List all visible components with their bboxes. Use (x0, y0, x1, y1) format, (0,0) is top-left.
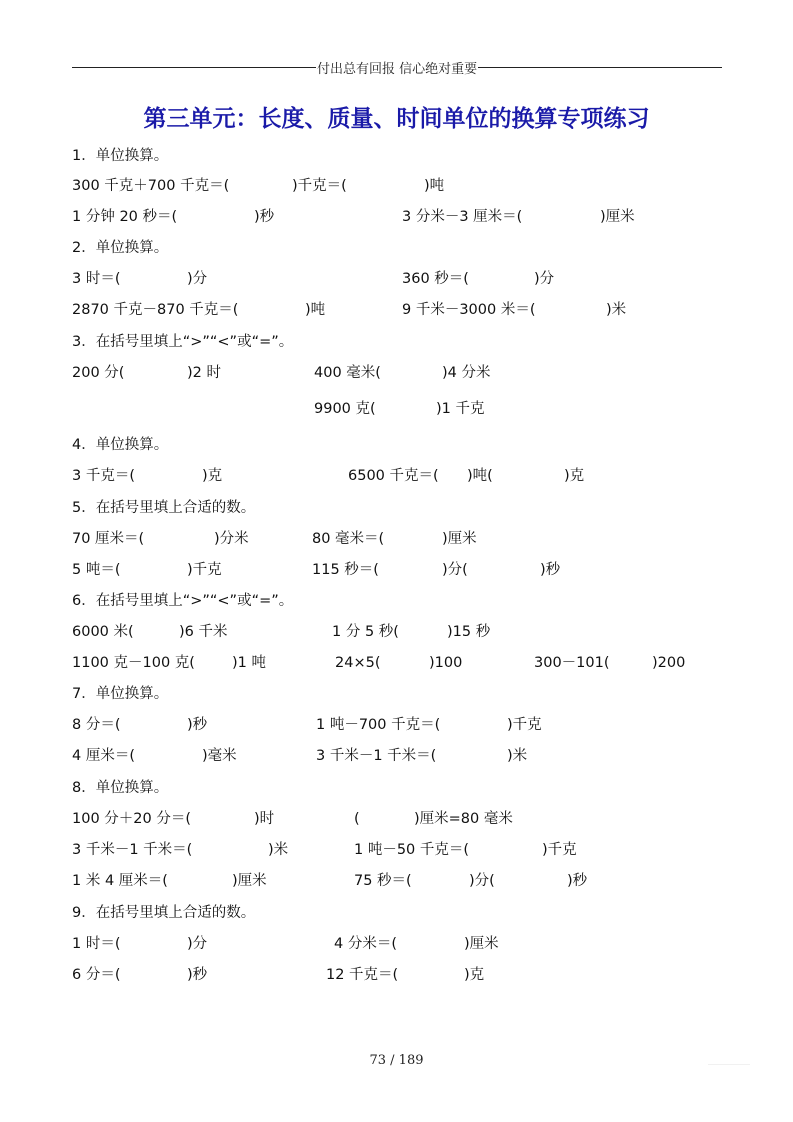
expression: 200 分( (72, 363, 124, 383)
expression: 5 吨＝( (72, 560, 121, 580)
expression: )千克 (507, 715, 542, 735)
question-1-heading: 1．单位换算。 (72, 146, 168, 166)
expression: )秒 (540, 560, 560, 580)
expression: )秒 (187, 965, 207, 985)
expression: )15 秒 (447, 622, 490, 642)
question-2-heading: 2．单位换算。 (72, 238, 168, 258)
expression: )4 分米 (442, 363, 491, 383)
expression: 3 千米－1 千米＝( (72, 840, 192, 860)
expression: 360 秒＝( (402, 269, 469, 289)
expression: 300－101( (534, 653, 610, 673)
question-9-heading: 9．在括号里填上合适的数。 (72, 903, 255, 923)
expression: 300 千克＋700 千克＝( (72, 176, 229, 196)
page-indicator: 73 / 189 (0, 1053, 793, 1068)
expression: )秒 (254, 207, 274, 227)
expression: )100 (429, 653, 462, 673)
question-7-heading: 7．单位换算。 (72, 684, 168, 704)
question-6-heading: 6．在括号里填上“>”“<”或“=”。 (72, 591, 293, 611)
expression: 400 毫米( (314, 363, 381, 383)
expression: 3 分米－3 厘米＝( (402, 207, 522, 227)
expression: )秒 (567, 871, 587, 891)
expression: )米 (507, 746, 527, 766)
expression: 1 分 5 秒( (332, 622, 399, 642)
expression: )吨( (467, 466, 493, 486)
header-motto: 付出总有回报 信心绝对重要 (316, 58, 478, 77)
expression: 1 米 4 厘米＝( (72, 871, 168, 891)
expression: 4 厘米＝( (72, 746, 135, 766)
expression: )厘米=80 毫米 (414, 809, 513, 829)
expression: )1 千克 (436, 399, 485, 419)
expression: )千克 (542, 840, 577, 860)
expression: 6000 米( (72, 622, 134, 642)
expression: 1 吨－700 千克＝( (316, 715, 440, 735)
expression: )千克 (187, 560, 222, 580)
page-header: 付出总有回报 信心绝对重要 (72, 57, 722, 77)
expression: )克 (564, 466, 584, 486)
expression: 1 时＝( (72, 934, 121, 954)
expression: )厘米 (464, 934, 499, 954)
expression: )克 (202, 466, 222, 486)
expression: 1 吨－50 千克＝( (354, 840, 469, 860)
header-rule-right (478, 67, 722, 68)
expression: )时 (254, 809, 274, 829)
expression: )200 (652, 653, 685, 673)
expression: 3 千米－1 千米＝( (316, 746, 436, 766)
expression: )吨 (305, 300, 325, 320)
expression: 100 分＋20 分＝( (72, 809, 191, 829)
expression: 3 千克＝( (72, 466, 135, 486)
expression: 2870 千克－870 千克＝( (72, 300, 238, 320)
expression: )毫米 (202, 746, 237, 766)
expression: )千克＝( (292, 176, 347, 196)
faint-watermark (708, 1052, 750, 1065)
expression: )分( (469, 871, 495, 891)
expression: )2 时 (187, 363, 221, 383)
question-5-heading: 5．在括号里填上合适的数。 (72, 498, 255, 518)
expression: 70 厘米＝( (72, 529, 144, 549)
expression: 6 分＝( (72, 965, 121, 985)
expression: )分米 (214, 529, 249, 549)
question-8-heading: 8．单位换算。 (72, 778, 168, 798)
expression: )米 (268, 840, 288, 860)
question-4-heading: 4．单位换算。 (72, 435, 168, 455)
expression: )厘米 (442, 529, 477, 549)
expression: )秒 (187, 715, 207, 735)
header-rule-left (72, 67, 316, 68)
expression: )1 吨 (232, 653, 266, 673)
expression: )吨 (424, 176, 444, 196)
expression: )6 千米 (179, 622, 228, 642)
expression: 1 分钟 20 秒＝( (72, 207, 177, 227)
expression: )克 (464, 965, 484, 985)
expression: ( (354, 809, 360, 829)
expression: 9900 克( (314, 399, 376, 419)
expression: )厘米 (232, 871, 267, 891)
expression: 24×5( (335, 653, 380, 673)
expression: 3 时＝( (72, 269, 121, 289)
expression: 9 千米－3000 米＝( (402, 300, 536, 320)
expression: )分 (534, 269, 554, 289)
expression: 115 秒＝( (312, 560, 379, 580)
expression: 4 分米＝( (334, 934, 397, 954)
expression: 12 千克＝( (326, 965, 398, 985)
expression: )分 (187, 269, 207, 289)
expression: )米 (606, 300, 626, 320)
expression: 8 分＝( (72, 715, 121, 735)
expression: 6500 千克＝( (348, 466, 439, 486)
expression: )分( (442, 560, 468, 580)
expression: 80 毫米＝( (312, 529, 384, 549)
expression: 75 秒＝( (354, 871, 412, 891)
expression: )厘米 (600, 207, 635, 227)
expression: 1100 克－100 克( (72, 653, 195, 673)
expression: )分 (187, 934, 207, 954)
page-title: 第三单元：长度、质量、时间单位的换算专项练习 (0, 100, 793, 133)
question-3-heading: 3．在括号里填上“>”“<”或“=”。 (72, 332, 293, 352)
